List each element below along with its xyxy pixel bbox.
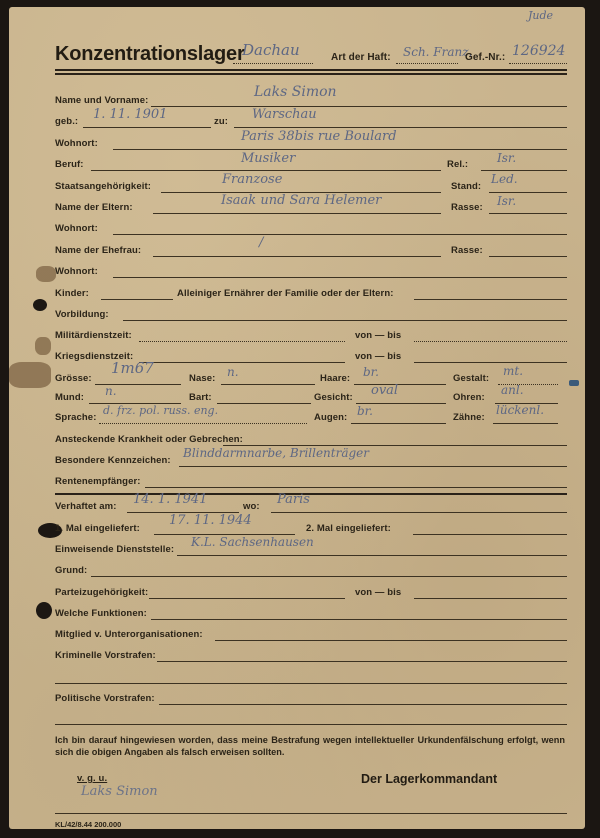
eingeliefert-2-label: 2. Mal eingeliefert:	[306, 523, 391, 534]
gesicht-label: Gesicht:	[314, 392, 353, 403]
gef-nr-line	[509, 63, 567, 64]
kriegsdienstzeit-line	[139, 362, 345, 363]
militaerdienstzeit-line	[139, 341, 345, 342]
eingeliefert-2-line	[413, 534, 567, 535]
krankheit-label: Ansteckende Krankheit oder Gebrechen:	[55, 434, 243, 445]
dienststelle-label: Einweisende Dienststelle:	[55, 544, 174, 555]
footer-rule	[55, 813, 567, 814]
kennzeichen-label: Besondere Kennzeichen:	[55, 455, 171, 466]
vorbildung-line	[123, 320, 567, 321]
politische-line-2	[55, 724, 567, 725]
stand-label: Stand:	[451, 181, 481, 192]
groesse-label: Grösse:	[55, 373, 92, 384]
header-rule	[55, 73, 567, 75]
form-code: KL/42/8.44 200.000	[55, 820, 121, 829]
prisoner-signature: Laks Simon	[81, 784, 158, 799]
kriminelle-label: Kriminelle Vorstrafen:	[55, 650, 156, 661]
zaehne-value: lückenl.	[496, 403, 544, 417]
eltern-line	[153, 213, 441, 214]
vorbildung-label: Vorbildung:	[55, 309, 109, 320]
groesse-value: 1m67	[111, 359, 154, 377]
wohnort-line	[113, 149, 567, 150]
gestalt-value: mt.	[503, 364, 523, 378]
declaration-text: Ich bin darauf hingewiesen worden, dass …	[55, 734, 565, 758]
mund-value: n.	[105, 384, 117, 398]
sprache-label: Sprache:	[55, 412, 96, 423]
punch-hole	[36, 602, 52, 619]
rel-line	[481, 170, 567, 171]
gesicht-value: oval	[371, 383, 398, 398]
beruf-label: Beruf:	[55, 159, 84, 170]
kriegs-von-bis-label: von — bis	[355, 351, 401, 362]
zaehne-line	[493, 423, 558, 424]
eltern-label: Name der Eltern:	[55, 202, 133, 213]
header-rule	[55, 69, 567, 71]
geb-line	[83, 127, 211, 128]
politische-line	[159, 704, 567, 705]
nase-label: Nase:	[189, 373, 215, 384]
sprache-value: d. frz. pol. russ. eng.	[103, 404, 218, 417]
eltern-wohnort-line	[113, 234, 567, 235]
stain-mark	[36, 266, 56, 282]
partei-von-bis-line	[414, 598, 567, 599]
kriegs-von-bis-line	[414, 362, 567, 363]
kriminelle-line	[157, 661, 567, 662]
verhaftet-am-label: Verhaftet am:	[55, 501, 117, 512]
beruf-line	[91, 170, 441, 171]
geb-value: 1. 11. 1901	[93, 107, 167, 122]
unterorganisationen-line	[215, 640, 567, 641]
rasse-line	[489, 213, 567, 214]
kennzeichen-line	[179, 466, 567, 467]
staatsangehoerigkeit-value: Franzose	[222, 172, 282, 187]
kriminelle-line-2	[55, 683, 567, 684]
partei-von-bis-label: von — bis	[355, 587, 401, 598]
name-line	[151, 106, 567, 107]
sprache-line	[99, 423, 307, 424]
nase-value: n.	[227, 365, 239, 379]
prisoner-registration-card: Jude Konzentrationslager Dachau Art der …	[9, 7, 585, 829]
kinder-label: Kinder:	[55, 288, 89, 299]
art-der-haft-label: Art der Haft:	[331, 52, 391, 63]
zaehne-label: Zähne:	[453, 412, 485, 423]
unterorganisationen-label: Mitglied v. Unterorganisationen:	[55, 629, 203, 640]
section-rule	[55, 493, 567, 495]
zu-line	[234, 127, 567, 128]
camp-line	[233, 63, 313, 64]
stand-value: Led.	[491, 172, 518, 186]
wohnort-value: Paris 38bis rue Boulard	[241, 129, 397, 144]
dienststelle-value: K.L. Sachsenhausen	[191, 535, 314, 549]
verhaftet-wo-label: wo:	[243, 501, 260, 512]
camp-value: Dachau	[242, 41, 300, 59]
ernaehrer-line	[414, 299, 567, 300]
stain-mark	[35, 337, 51, 355]
augen-label: Augen:	[314, 412, 347, 423]
militaerdienstzeit-label: Militärdienstzeit:	[55, 330, 132, 341]
dienststelle-line	[177, 555, 567, 556]
eltern-value: Isaak und Sara Helemer	[221, 193, 381, 208]
gestalt-label: Gestalt:	[453, 373, 489, 384]
verhaftet-wo-value: Paris	[277, 492, 310, 507]
haare-line	[354, 384, 446, 385]
name-label: Name und Vorname:	[55, 95, 148, 106]
zu-label: zu:	[214, 116, 228, 127]
ehefrau-rasse-label: Rasse:	[451, 245, 483, 256]
stain-mark	[9, 362, 51, 388]
ink-spot	[569, 380, 579, 386]
bart-line	[217, 403, 311, 404]
ehefrau-label: Name der Ehefrau:	[55, 245, 141, 256]
rentenempfaenger-label: Rentenempfänger:	[55, 476, 141, 487]
augen-line	[351, 423, 446, 424]
augen-value: br.	[357, 404, 373, 418]
eingeliefert-1-label: 1. Mal eingeliefert:	[55, 523, 140, 534]
haare-value: br.	[363, 365, 379, 379]
ehefrau-value: /	[259, 235, 263, 250]
rentenempfaenger-line	[145, 487, 567, 488]
geb-label: geb.:	[55, 116, 78, 127]
wohnort-label: Wohnort:	[55, 138, 98, 149]
zu-value: Warschau	[252, 107, 317, 122]
funktionen-line	[151, 619, 567, 620]
verhaftet-wo-line	[271, 512, 567, 513]
grund-label: Grund:	[55, 565, 87, 576]
rasse-value: Isr.	[497, 194, 516, 208]
gef-nr-label: Gef.-Nr.:	[465, 52, 505, 63]
page-title: Konzentrationslager	[55, 43, 245, 66]
eingeliefert-1-value: 17. 11. 1944	[169, 513, 252, 528]
stand-line	[489, 192, 567, 193]
rel-label: Rel.:	[447, 159, 468, 170]
ernaehrer-label: Alleiniger Ernährer der Familie oder der…	[177, 288, 394, 299]
vgu-label: v. g. u.	[77, 773, 107, 784]
ohren-label: Ohren:	[453, 392, 485, 403]
partei-line	[149, 598, 345, 599]
rel-value: Isr.	[497, 151, 516, 165]
haare-label: Haare:	[320, 373, 350, 384]
punch-hole	[33, 299, 47, 311]
grund-line	[91, 576, 567, 577]
art-der-haft-line	[396, 63, 458, 64]
mund-label: Mund:	[55, 392, 84, 403]
partei-label: Parteizugehörigkeit:	[55, 587, 148, 598]
ohren-value: anl.	[501, 383, 524, 397]
verhaftet-am-value: 14. 1. 1941	[133, 492, 207, 507]
politische-label: Politische Vorstrafen:	[55, 693, 155, 704]
corner-note: Jude	[528, 9, 553, 22]
commandant-label: Der Lagerkommandant	[361, 772, 497, 786]
nase-line	[221, 384, 315, 385]
kinder-line	[101, 299, 173, 300]
militaer-von-bis-line	[414, 341, 567, 342]
militaer-von-bis-label: von — bis	[355, 330, 401, 341]
funktionen-label: Welche Funktionen:	[55, 608, 147, 619]
ehefrau-wohnort-line	[113, 277, 567, 278]
name-value: Laks Simon	[254, 84, 337, 100]
kennzeichen-value: Blinddarmnarbe, Brillenträger	[183, 446, 369, 460]
staatsangehoerigkeit-label: Staatsangehörigkeit:	[55, 181, 151, 192]
eltern-wohnort-label: Wohnort:	[55, 223, 98, 234]
ehefrau-wohnort-label: Wohnort:	[55, 266, 98, 277]
bart-label: Bart:	[189, 392, 212, 403]
ehefrau-rasse-line	[489, 256, 567, 257]
beruf-value: Musiker	[241, 151, 295, 166]
ehefrau-line	[153, 256, 441, 257]
gef-nr-value: 126924	[512, 43, 565, 59]
art-der-haft-value: Sch. Franz.	[403, 45, 472, 59]
rasse-label: Rasse:	[451, 202, 483, 213]
